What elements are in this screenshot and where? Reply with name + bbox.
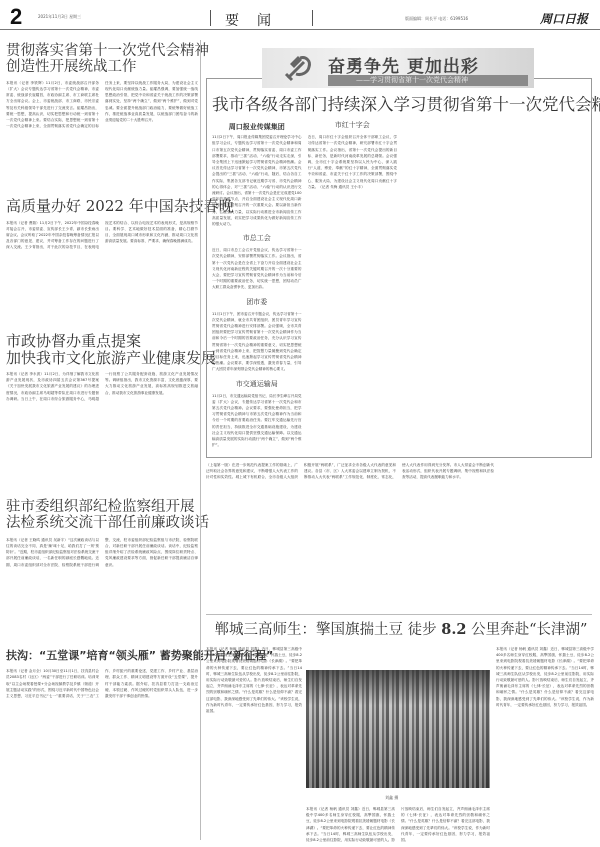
article-body: 本报讯（记者 杨帆 通讯员 刘鑫）近日，郸城县第三高级中学400多名师生身穿红校… — [496, 646, 594, 842]
article-dancheng-students: 郸城三高师生：擎国旗揣土豆 徒步 8.2 公里奔赴“长津湖” — [206, 622, 596, 639]
article-acrobatics-gala: 高质量办好 2022 年中国杂技春晚 本报讯（记者 曹瑞）11月2日下午，202… — [6, 198, 198, 332]
headline-line-2: 加快我市文化旅游产业健康发展 — [6, 350, 198, 367]
headline: 高质量办好 2022 年中国杂技春晚 — [6, 198, 198, 215]
section-heading: 团市委 — [212, 297, 302, 307]
article-body: （上接第一版）在进一步规范代表提案工作的基础上，广泛听取社会各界的意见和建议，不… — [206, 462, 592, 612]
section-body: 11月2日，市交通运输局党组书记、局长李生峰召开局党委（扩大）会议，专题传达学习… — [212, 393, 302, 449]
section-heading: 市交通运输局 — [212, 379, 302, 389]
masthead: 2 2021年11月3日 星期三 要闻 版面编辑：周长平 电话：6199516 … — [0, 0, 600, 30]
article-body: 本报讯（记者 李永波）11月2日，为详细了解我市文化旅游产业发展现状，及市政协四… — [6, 371, 198, 487]
photo-caption: 刘鑫 摄 — [385, 795, 398, 801]
headline-line-1: 市政协督办重点提案 — [6, 333, 198, 350]
article-united-front: 贯彻落实省第十一次党代会精神 创造性开展统战工作 本报讯（记者 李铁辉）11月2… — [6, 44, 198, 182]
article-body: 本报讯（记者 杨帆 通讯员 刘鑫）近日，郸城县第三高级中学400多名师生身穿红校… — [306, 806, 490, 844]
article-cppcc-tourism: 市政协督办重点提案 加快我市文化旅游产业健康发展 本报讯（记者 李永波）11月2… — [6, 333, 198, 487]
article-body: 本报讯（记者 杨帆 通讯员 刘鑫）近日，郸城县第三高级中学400多名师生身穿红校… — [206, 646, 302, 842]
headline: 我市各级各部门持续深入学习贯彻省第十一次党代会精神 — [212, 96, 588, 114]
students-photo — [306, 670, 490, 788]
divider — [210, 10, 211, 26]
headline-distance: 8.2 — [441, 621, 466, 638]
headline-line-1: 贯彻落实省第十一次党代会精神 — [6, 44, 198, 60]
article-fugou-training: 扶沟：“五堂课”培育“领头雁” 蓄势聚能开启“新征程” 本报讯（记者 金月全）1… — [6, 650, 198, 846]
article-body: 本报讯（记者 曹瑞）11月2日下午，2022年中国杂技春晚对接会召开，市委常委、… — [6, 220, 198, 332]
headline: 扶沟：“五堂课”培育“领头雁” 蓄势聚能开启“新征程” — [6, 650, 198, 662]
headline-line-1: 驻市委组织部纪检监察组开展 — [6, 500, 198, 516]
page-number: 2 — [10, 4, 22, 30]
banner-subtitle: ——学习贯彻省第十一次党代会精神 — [328, 75, 528, 86]
headline-part: 公里奔赴“长津湖” — [467, 622, 588, 638]
article-columns-bottom: 本报讯（记者 杨帆 通讯员 刘鑫）近日，郸城县第三高级中学400多名师生身穿红校… — [306, 806, 490, 844]
divider — [312, 10, 313, 26]
section-body: 近日，周口市红十字会组织召开全体干部职工会议，学习传达省第十一次党代会精神，研究… — [308, 134, 398, 190]
section-heading: 周口报业传媒集团 — [212, 122, 302, 132]
section-body: 近日，周口市总工会召开党组会议，传达学习省第十一次党代会精神，安排部署贯彻落实工… — [212, 247, 302, 290]
section-body: 11月1日下午，团市委召开专题会议，传达学习省第十一次党代会精神，就全市共青团组… — [212, 311, 302, 373]
issue-date: 2021年11月3日 星期三 — [38, 14, 81, 20]
editor-info: 版面编辑：周长平 电话：6199516 — [405, 16, 468, 22]
headline-line-2: 创造性开展统战工作 — [6, 60, 198, 76]
banner-title: 奋勇争先 更加出彩 — [328, 52, 479, 77]
article-discipline-inspection: 驻市委组织部纪检监察组开展 法检系统交流干部任前廉政谈话 本报讯（记者 王晓鸣 … — [6, 500, 198, 635]
party-emblem-icon — [280, 52, 314, 84]
section-divider — [206, 614, 592, 615]
article-body: 本报讯（记者 金月全）10月30日至11月1日，扶沟县村会员2083名村（社区）… — [6, 668, 198, 846]
article-study-congress: 我市各级各部门持续深入学习贯彻省第十一次党代会精神 周口报业传媒集团 11月2日… — [212, 96, 588, 464]
headline-part: 郸城三高师生：擎国旗揣土豆 徒步 — [215, 622, 442, 638]
section-body: 11月2日下午，周口报业传媒集团党委召开理论学习中心组学习会议，专题传达学习省第… — [212, 134, 302, 227]
section-title: 要闻 — [225, 10, 289, 30]
article-continued: （上接第一版）在进一步规范代表提案工作的基础上，广泛听取社会各界的意见和建议，不… — [206, 462, 592, 612]
article-body: 本报讯（记者 王晓鸣 通讯员 吴新宇）“这次廉政谈话与以往的谈话完全不同，真是‘… — [6, 537, 198, 635]
column-divider — [200, 40, 201, 840]
article-column-left: 本报讯（记者 杨帆 通讯员 刘鑫）近日，郸城县第三高级中学400多名师生身穿红校… — [206, 646, 302, 842]
section-heading: 市红十字会 — [308, 120, 398, 130]
banner: 奋勇争先 更加出彩 ——学习贯彻省第十一次党代会精神 — [262, 48, 534, 88]
paper-logo: 周口日报 — [540, 10, 588, 27]
headline-line-2: 法检系统交流干部任前廉政谈话 — [6, 516, 198, 532]
section-heading: 市总工会 — [212, 233, 302, 243]
article-column-right: 本报讯（记者 杨帆 通讯员 刘鑫）近日，郸城县第三高级中学400多名师生身穿红校… — [496, 646, 594, 842]
article-body: 本报讯（记者 李铁辉）11月2日，市委统战部召开部务（扩大）会议专题传达学习省第… — [6, 80, 198, 182]
